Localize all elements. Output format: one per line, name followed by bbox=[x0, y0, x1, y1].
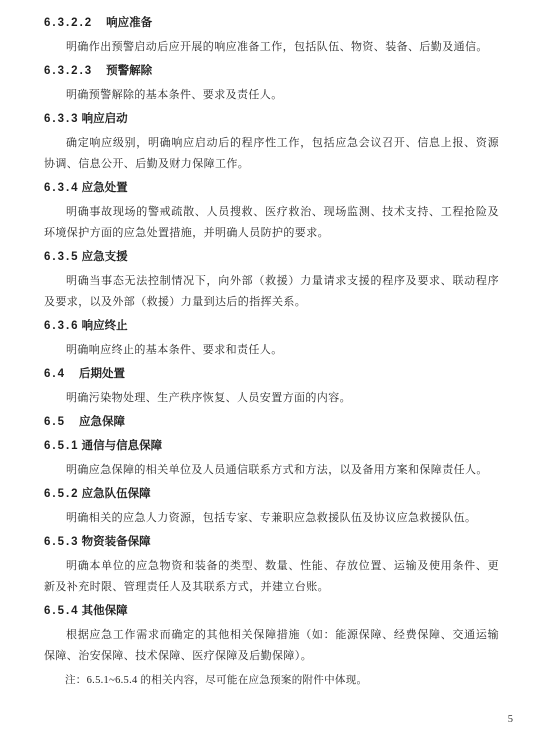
section-title: 响应终止 bbox=[82, 320, 128, 332]
section-title: 通信与信息保障 bbox=[82, 440, 163, 452]
document-content: 6.3.2.2响应准备 明确作出预警启动后应开展的响应准备工作，包括队伍、物资、… bbox=[0, 0, 541, 691]
body-paragraph: 明确响应终止的基本条件、要求和责任人。 bbox=[44, 340, 499, 361]
section-number: 6.3.6 bbox=[44, 320, 80, 332]
body-paragraph: 明确当事态无法控制情况下，向外部（救援）力量请求支援的程序及要求、联动程序及要求… bbox=[44, 271, 499, 313]
page-number: 5 bbox=[508, 714, 513, 725]
section-title: 预警解除 bbox=[106, 65, 152, 77]
section-title: 应急处置 bbox=[82, 182, 128, 194]
section-heading-65: 6.5应急保障 bbox=[44, 412, 499, 433]
body-paragraph: 明确应急保障的相关单位及人员通信联系方式和方法，以及备用方案和保障责任人。 bbox=[44, 460, 499, 481]
section-title: 其他保障 bbox=[82, 605, 128, 617]
section-number: 6.3.2.2 bbox=[44, 17, 93, 29]
section-heading-64: 6.4后期处置 bbox=[44, 364, 499, 385]
section-heading-636: 6.3.6响应终止 bbox=[44, 316, 499, 337]
body-paragraph: 明确作出预警启动后应开展的响应准备工作，包括队伍、物资、装备、后勤及通信。 bbox=[44, 37, 499, 58]
section-number: 6.5.4 bbox=[44, 605, 80, 617]
section-title: 后期处置 bbox=[79, 368, 125, 380]
section-heading-652: 6.5.2应急队伍保障 bbox=[44, 484, 499, 505]
section-heading-6322: 6.3.2.2响应准备 bbox=[44, 13, 499, 34]
section-title: 响应准备 bbox=[106, 17, 152, 29]
section-number: 6.5.2 bbox=[44, 488, 80, 500]
section-heading-654: 6.5.4其他保障 bbox=[44, 601, 499, 622]
section-number: 6.3.2.3 bbox=[44, 65, 93, 77]
section-number: 6.4 bbox=[44, 368, 66, 380]
section-number: 6.3.3 bbox=[44, 113, 80, 125]
body-paragraph: 确定响应级别，明确响应启动后的程序性工作，包括应急会议召开、信息上报、资源协调、… bbox=[44, 133, 499, 175]
document-page: 6.3.2.2响应准备 明确作出预警启动后应开展的响应准备工作，包括队伍、物资、… bbox=[0, 0, 541, 739]
body-paragraph: 明确事故现场的警戒疏散、人员搜救、医疗救治、现场监测、技术支持、工程抢险及环境保… bbox=[44, 202, 499, 244]
body-paragraph: 明确污染物处理、生产秩序恢复、人员安置方面的内容。 bbox=[44, 388, 499, 409]
section-heading-633: 6.3.3响应启动 bbox=[44, 109, 499, 130]
section-title: 物资装备保障 bbox=[82, 536, 151, 548]
body-paragraph: 根据应急工作需求而确定的其他相关保障措施（如：能源保障、经费保障、交通运输保障、… bbox=[44, 625, 499, 667]
section-number: 6.3.5 bbox=[44, 251, 80, 263]
note-line: 注：6.5.1~6.5.4 的相关内容，尽可能在应急预案的附件中体现。 bbox=[44, 670, 499, 691]
section-number: 6.5 bbox=[44, 416, 66, 428]
section-number: 6.3.4 bbox=[44, 182, 80, 194]
section-title: 应急保障 bbox=[79, 416, 125, 428]
section-heading-635: 6.3.5应急支援 bbox=[44, 247, 499, 268]
section-title: 应急队伍保障 bbox=[82, 488, 151, 500]
body-paragraph: 明确预警解除的基本条件、要求及责任人。 bbox=[44, 85, 499, 106]
section-heading-651: 6.5.1通信与信息保障 bbox=[44, 436, 499, 457]
body-paragraph: 明确本单位的应急物资和装备的类型、数量、性能、存放位置、运输及使用条件、更新及补… bbox=[44, 556, 499, 598]
section-number: 6.5.3 bbox=[44, 536, 80, 548]
section-heading-6323: 6.3.2.3预警解除 bbox=[44, 61, 499, 82]
section-title: 应急支援 bbox=[82, 251, 128, 263]
section-number: 6.5.1 bbox=[44, 440, 80, 452]
section-heading-653: 6.5.3物资装备保障 bbox=[44, 532, 499, 553]
body-paragraph: 明确相关的应急人力资源，包括专家、专兼职应急救援队伍及协议应急救援队伍。 bbox=[44, 508, 499, 529]
section-heading-634: 6.3.4应急处置 bbox=[44, 178, 499, 199]
section-title: 响应启动 bbox=[82, 113, 128, 125]
